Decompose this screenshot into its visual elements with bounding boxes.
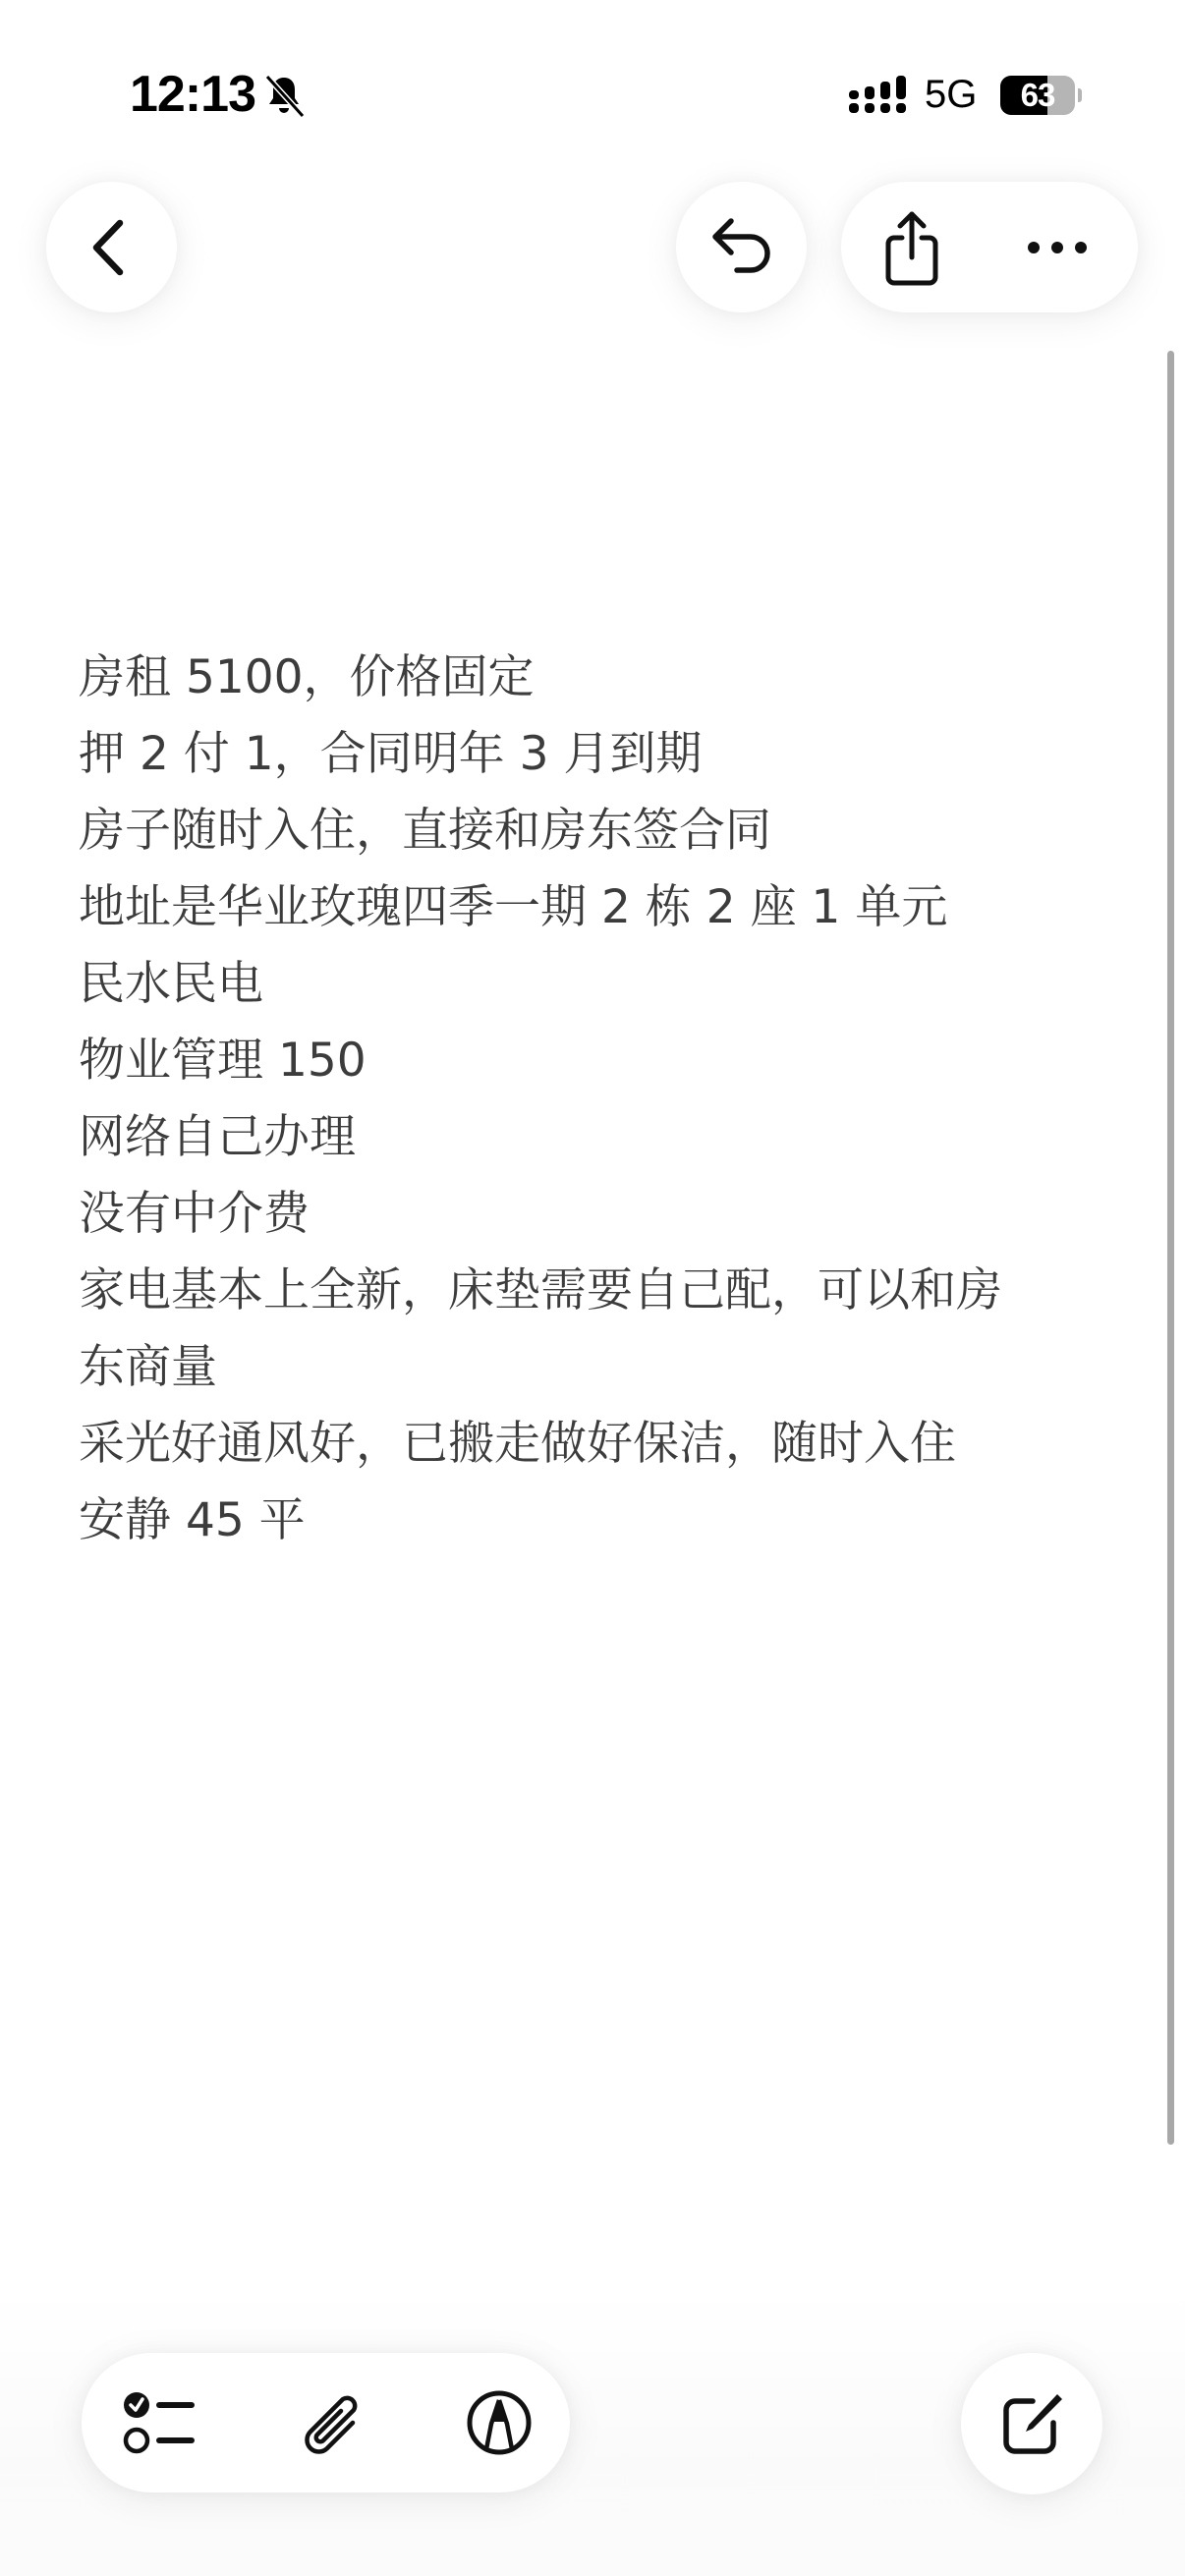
- note-line: 家电基本上全新，床垫需要自己配，可以和房: [79, 1253, 1120, 1329]
- note-body[interactable]: 房租 5100，价格固定 押 2 付 1，合同明年 3 月到期 房子随时入住，直…: [79, 640, 1120, 1559]
- note-line: 物业管理 150: [79, 1023, 1120, 1099]
- markup-button[interactable]: [445, 2353, 553, 2492]
- note-line: 地址是华业玫瑰四季一期 2 栋 2 座 1 单元: [79, 869, 1120, 946]
- note-line: 房子随时入住，直接和房东签合同: [79, 793, 1120, 869]
- network-type: 5G: [925, 71, 977, 118]
- markup-pen-icon: [465, 2388, 534, 2457]
- bell-slash-icon: [261, 75, 307, 118]
- attach-button[interactable]: [278, 2353, 386, 2492]
- checklist-icon: [123, 2389, 197, 2456]
- status-bar: 12:13 5G 63: [0, 0, 1185, 147]
- vertical-scrollbar[interactable]: [1167, 351, 1174, 2145]
- chevron-left-icon: [83, 213, 141, 282]
- more-button[interactable]: [1026, 238, 1089, 257]
- battery-indicator: 63: [1000, 76, 1075, 115]
- note-line: 安静 45 平: [79, 1483, 1120, 1559]
- note-line: 押 2 付 1，合同明年 3 月到期: [79, 716, 1120, 793]
- paperclip-icon: [298, 2385, 367, 2460]
- bottom-toolbar: [82, 2353, 570, 2492]
- note-line: 网络自己办理: [79, 1099, 1120, 1176]
- battery-nub: [1078, 88, 1082, 102]
- action-pill: [841, 182, 1138, 312]
- undo-button[interactable]: [676, 182, 807, 312]
- undo-arrow-icon: [707, 213, 776, 282]
- note-line: 房租 5100，价格固定: [79, 640, 1120, 716]
- back-button[interactable]: [46, 182, 177, 312]
- share-button[interactable]: [880, 208, 943, 287]
- share-icon: [880, 208, 943, 287]
- status-time: 12:13: [130, 65, 255, 124]
- note-line: 民水民电: [79, 946, 1120, 1023]
- checklist-button[interactable]: [106, 2353, 214, 2492]
- compose-icon: [997, 2389, 1066, 2458]
- cellular-signal-icon: [849, 75, 908, 114]
- note-line: 没有中介费: [79, 1176, 1120, 1253]
- note-line: 东商量: [79, 1329, 1120, 1406]
- battery-level: 63: [1000, 76, 1075, 115]
- note-line: 采光好通风好，已搬走做好保洁，随时入住: [79, 1406, 1120, 1483]
- compose-button[interactable]: [961, 2353, 1102, 2494]
- ellipsis-icon: [1026, 238, 1089, 257]
